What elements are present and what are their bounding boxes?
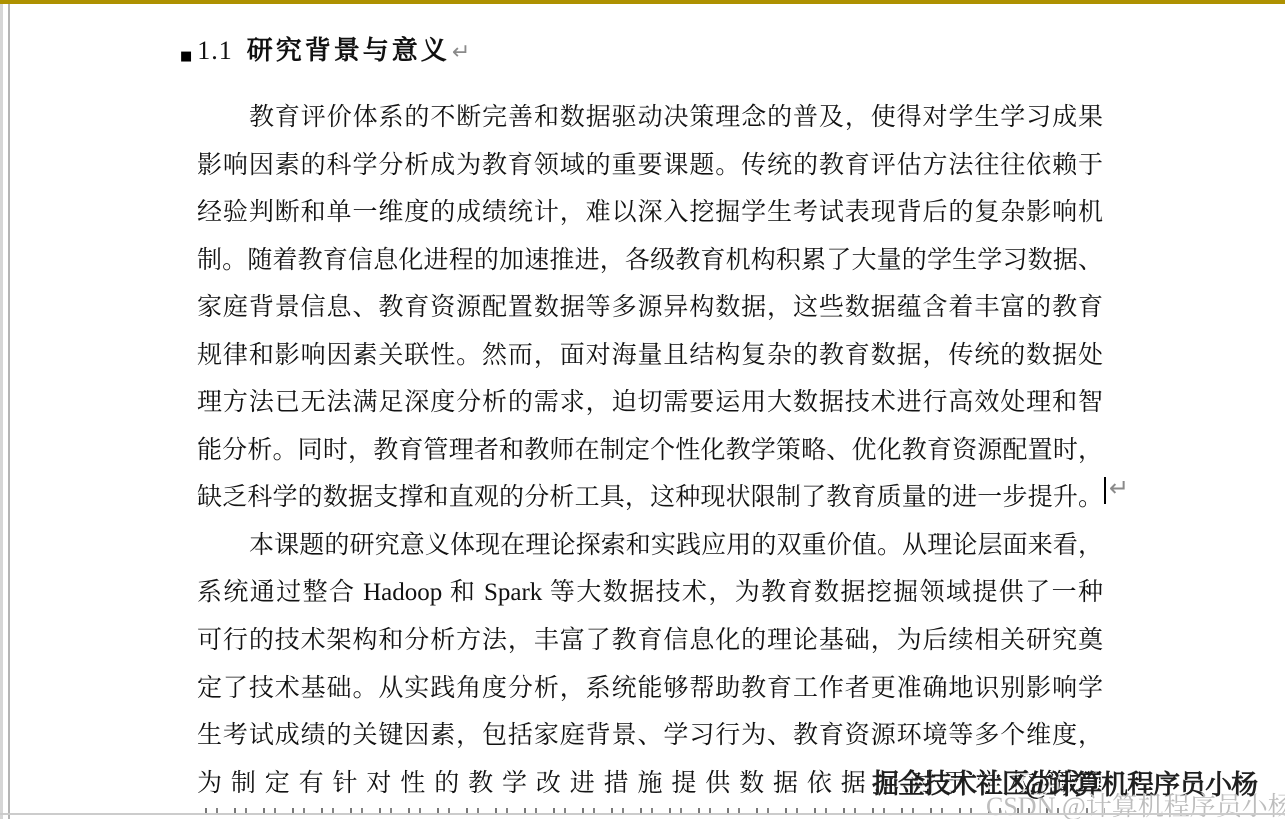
text-cursor xyxy=(1104,477,1106,504)
text-line: 生考试成绩的关键因素，包括家庭背景、学习行为、教育资源环境等多个维度， xyxy=(197,712,1103,760)
text-line: 系统通过整合 Hadoop 和 Spark 等大数据技术，为教育数据挖掘领域提供… xyxy=(197,569,1103,617)
heading-outline-square-icon: ■ xyxy=(180,37,192,77)
heading-title: 研究背景与意义 xyxy=(247,35,450,65)
text-line: 本课题的研究意义体现在理论探索和实践应用的双重价值。从理论层面来看， xyxy=(197,522,1103,570)
text-line: 经验判断和单一维度的成绩统计，难以深入挖掘学生考试表现背后的复杂影响机 xyxy=(197,189,1103,237)
paragraph-return-icon: ↵ xyxy=(452,40,470,65)
bottom-divider-line xyxy=(0,813,1285,815)
text-line: 教育评价体系的不断完善和数据驱动决策理念的普及，使得对学生学习成果 xyxy=(197,94,1103,142)
document-text-area[interactable]: 教育评价体系的不断完善和数据驱动决策理念的普及，使得对学生学习成果 影响因素的科… xyxy=(197,94,1103,807)
top-accent-bar xyxy=(0,0,1285,4)
text-line: 定了技术基础。从实践角度分析，系统能够帮助教育工作者更准确地识别影响学 xyxy=(197,665,1103,713)
text-line: 制。随着教育信息化进程的加速推进，各级教育机构积累了大量的学生学习数据、 xyxy=(197,237,1103,285)
text-line: 缺乏科学的数据支撑和直观的分析工具，这种现状限制了教育质量的进一步提升。 xyxy=(197,474,1103,522)
text-line: 规律和影响因素关联性。然而，面对海量且结构复杂的教育数据，传统的数据处 xyxy=(197,332,1103,380)
left-page-border xyxy=(8,4,10,819)
text-line: 可行的技术架构和分析方法，丰富了教育信息化的理论基础，为后续相关研究奠 xyxy=(197,617,1103,665)
text-line: 能分析。同时，教育管理者和教师在制定个性化教学策略、优化教育资源配置时， xyxy=(197,427,1103,475)
document-page: ■1.1研究背景与意义↵ 教育评价体系的不断完善和数据驱动决策理念的普及，使得对… xyxy=(0,0,1285,819)
text-line: 理方法已无法满足深度分析的需求，迫切需要运用大数据技术进行高效处理和智 xyxy=(197,379,1103,427)
paragraph-return-icon: ↵ xyxy=(1109,474,1129,502)
heading-number: 1.1 xyxy=(197,36,233,65)
text-line: 家庭背景信息、教育资源配置数据等多源异构数据，这些数据蕴含着丰富的教育 xyxy=(197,284,1103,332)
text-line: 影响因素的科学分析成为教育领域的重要课题。传统的教育评估方法往往依赖于 xyxy=(197,142,1103,190)
section-heading: ■1.1研究背景与意义↵ xyxy=(180,30,470,70)
left-edge-strip xyxy=(0,4,3,819)
